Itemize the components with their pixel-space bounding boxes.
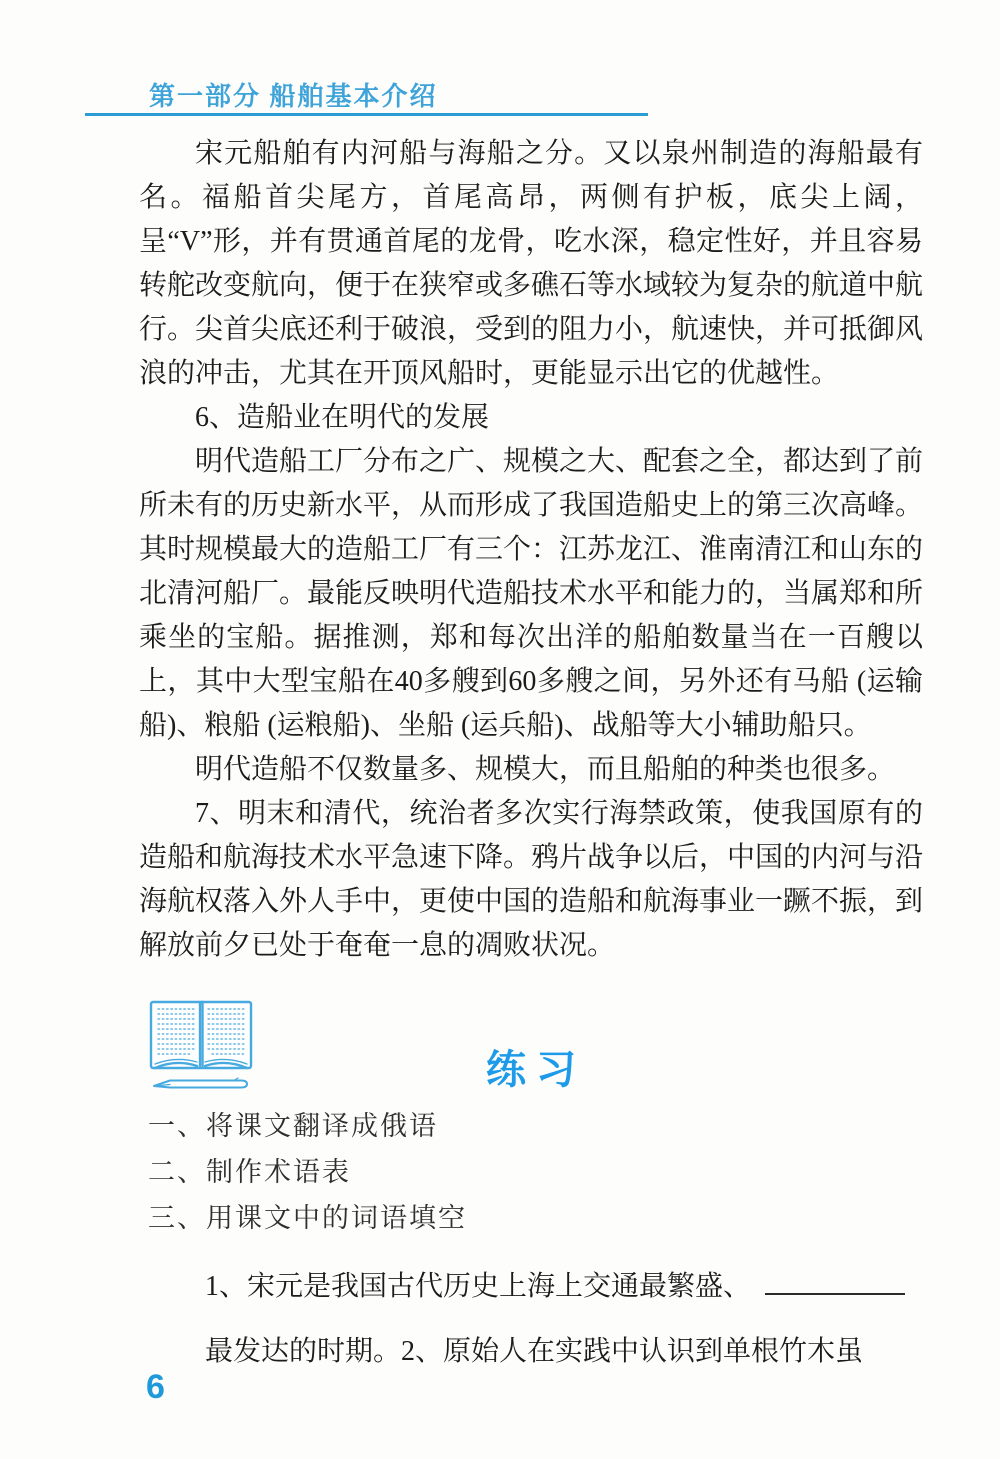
open-book-pen-icon [146, 996, 258, 1097]
section-heading-6: 6、造船业在明代的发展 [139, 396, 923, 440]
exercise-task-2: 二、制作术语表 [148, 1149, 467, 1195]
fill-in-blank [765, 1267, 905, 1295]
question-1-text: 1、宋元是我国古代历史上海上交通最繁盛、 [205, 1271, 751, 1302]
paragraph-ming-shipyards: 明代造船工厂分布之广、规模之大、配套之全，都达到了前所未有的历史新水平，从而形成… [139, 440, 923, 748]
body-section: 宋元船舶有内河船与海船之分。又以泉州制造的海船最有名。福船首尖尾方，首尾高昂，两… [139, 132, 923, 968]
question-line-2: 最发达的时期。2、原始人在实践中认识到单根竹木虽 [205, 1319, 929, 1384]
paragraph-ming-variety: 明代造船不仅数量多、规模大，而且船舶的种类也很多。 [139, 748, 923, 792]
exercise-task-1: 一、将课文翻译成俄语 [148, 1103, 467, 1149]
exercise-task-3: 三、用课文中的词语填空 [148, 1195, 467, 1241]
header-divider-rule [85, 113, 648, 116]
paragraph-song-yuan-ships: 宋元船舶有内河船与海船之分。又以泉州制造的海船最有名。福船首尖尾方，首尾高昂，两… [139, 132, 923, 396]
question-line-1: 1、宋元是我国古代历史上海上交通最繁盛、 [205, 1254, 929, 1319]
paragraph-7-qing-decline: 7、明末和清代，统治者多次实行海禁政策，使我国原有的造船和航海技术水平急速下降。… [139, 792, 923, 968]
exercise-section-title: 练习 [486, 1038, 586, 1095]
textbook-page: 第一部分 船舶基本介绍 宋元船舶有内河船与海船之分。又以泉州制造的海船最有名。福… [0, 0, 1000, 1459]
exercise-task-list: 一、将课文翻译成俄语 二、制作术语表 三、用课文中的词语填空 [148, 1103, 467, 1241]
page-header-title: 第一部分 船舶基本介绍 [149, 76, 438, 113]
page-number: 6 [146, 1368, 165, 1407]
fill-in-questions: 1、宋元是我国古代历史上海上交通最繁盛、 最发达的时期。2、原始人在实践中认识到… [205, 1254, 929, 1384]
